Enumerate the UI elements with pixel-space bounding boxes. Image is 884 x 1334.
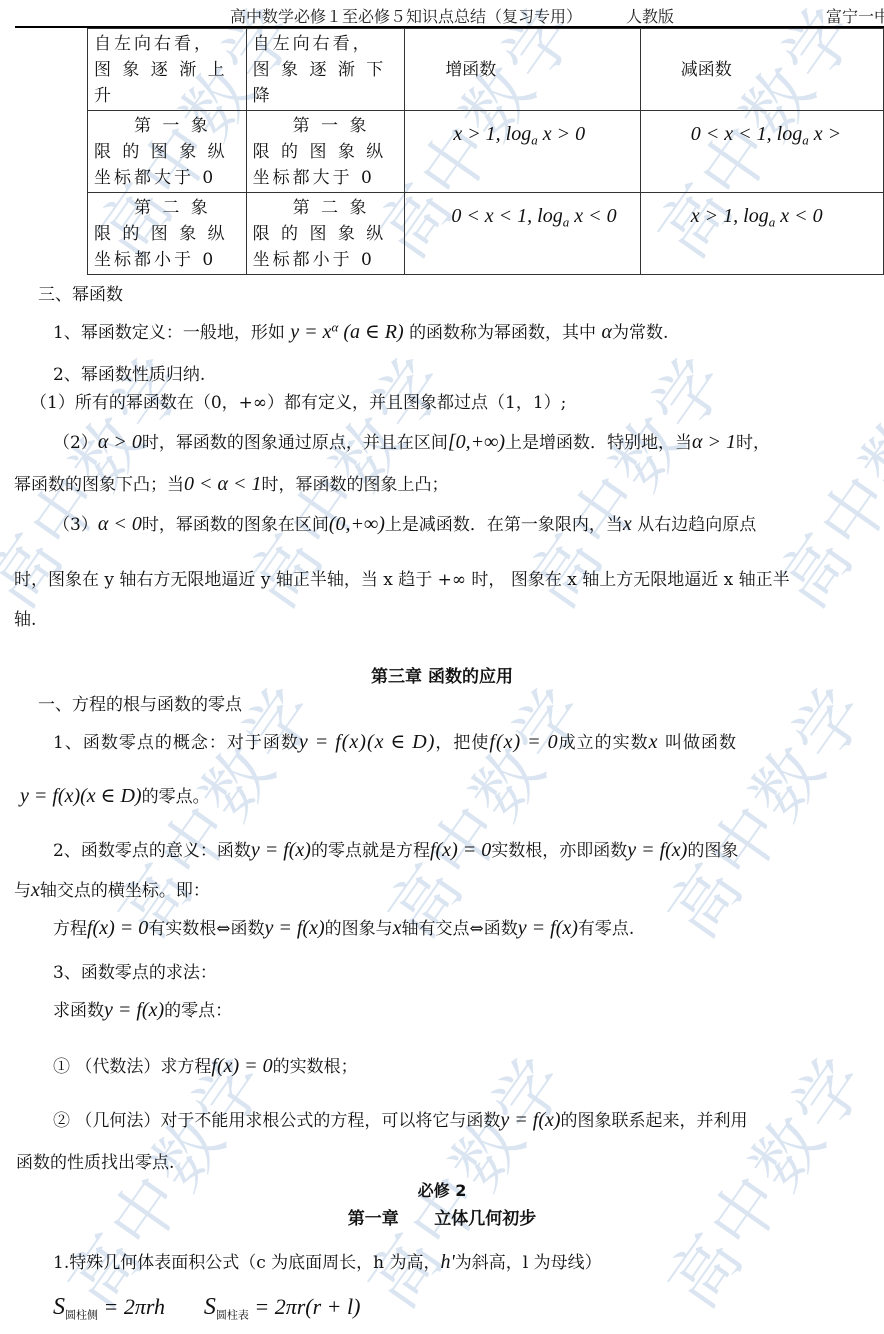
- method-algebraic: ① （代数法）求方程f(x) = 0的实数根；: [0, 1052, 884, 1078]
- zero-equivalence: 方程f(x) = 0有实数根⇔函数y = f(x)的图象与x轴有交点⇔函数y =…: [0, 914, 884, 940]
- zero-meaning-paragraph: 2、函数零点的意义：函数y = f(x)的零点就是方程f(x) = 0实数根，亦…: [0, 836, 884, 862]
- section-title-roots-zeros: 一、方程的根与函数的零点: [0, 690, 884, 715]
- header-title: 高中数学必修１至必修５知识点总结（复习专用）: [230, 4, 582, 27]
- table-row: 第 二 象 限 的 图 象 纵 坐标都小于 0 第 二 象 限 的 图 象 纵 …: [88, 193, 884, 275]
- table-cell: 自左向右看， 图 象 逐 渐 上 升: [88, 29, 247, 111]
- table-cell: 第 一 象 限 的 图 象 纵 坐标都大于 0: [88, 111, 247, 193]
- zero-concept-cont: y = f(x)(x ∈ D)的零点。: [0, 782, 884, 808]
- chapter-title-solid-geometry: 第一章 立体几何初步: [0, 1204, 884, 1229]
- header-school: 富宁一中: [826, 4, 884, 27]
- iff-icon: ⇔: [216, 919, 230, 939]
- power-prop-2-cont: 幂函数的图象下凸；当0 < α < 1时，幂函数的图象上凸；: [0, 470, 884, 496]
- table-cell: 减函数: [640, 29, 883, 111]
- table-cell: 增函数: [405, 29, 640, 111]
- table-cell: 0 < x < 1, loga x >: [640, 111, 883, 193]
- method-geometric: ② （几何法）对于不能用求根公式的方程，可以将它与函数y = f(x)的图象联系…: [0, 1106, 884, 1132]
- header-edition: 人教版: [626, 4, 674, 27]
- power-props-title: 2、幂函数性质归纳.: [0, 360, 884, 385]
- zero-concept-paragraph: 1、函数零点的概念：对于函数y = f(x)(x ∈ D)，把使f(x) = 0…: [0, 728, 884, 754]
- table-cell: 自左向右看， 图 象 逐 渐 下 降: [246, 29, 405, 111]
- log-properties-table: 自左向右看， 图 象 逐 渐 上 升 自左向右看， 图 象 逐 渐 下 降 增函…: [87, 28, 884, 275]
- table-cell: x > 1, loga x > 0: [405, 111, 640, 193]
- table-cell: 0 < x < 1, loga x < 0: [405, 193, 640, 275]
- table-row: 第 一 象 限 的 图 象 纵 坐标都大于 0 第 一 象 限 的 图 象 纵 …: [88, 111, 884, 193]
- power-prop-3: （3）α < 0时，幂函数的图象在区间(0,+∞)上是减函数．在第一象限内，当x…: [0, 510, 884, 536]
- power-def-paragraph: 1、幂函数定义：一般地，形如 y = xα (a ∈ R) 的函数称为幂函数，其…: [0, 318, 884, 344]
- power-prop-3-cont: 时，图象在 y 轴右方无限地逼近 y 轴正半轴，当 x 趋于 +∞ 时， 图象在…: [0, 565, 884, 590]
- table-cell: 第 一 象 限 的 图 象 纵 坐标都大于 0: [246, 111, 405, 193]
- chapter-title: 第三章 函数的应用: [0, 662, 884, 687]
- zero-meaning-cont: 与x轴交点的横坐标。即：: [0, 876, 884, 902]
- table-cell: 第 二 象 限 的 图 象 纵 坐标都小于 0: [246, 193, 405, 275]
- cylinder-formulas: S圆柱侧 = 2πrh S圆柱表 = 2πr(r + l): [0, 1294, 884, 1322]
- power-prop-3-end: 轴.: [0, 605, 884, 630]
- table-row: 自左向右看， 图 象 逐 渐 上 升 自左向右看， 图 象 逐 渐 下 降 增函…: [88, 29, 884, 111]
- iff-icon: ⇔: [470, 919, 484, 939]
- zero-methods-intro: 求函数y = f(x)的零点：: [0, 996, 884, 1022]
- table-cell: x > 1, loga x < 0: [640, 193, 883, 275]
- method-geometric-cont: 函数的性质找出零点.: [0, 1148, 884, 1173]
- power-prop-1: （1）所有的幂函数在（0，+∞）都有定义，并且图象都过点（1，1）;: [0, 388, 884, 413]
- zero-methods-title: 3、函数零点的求法：: [0, 958, 884, 983]
- section-title-power-function: 三、幂函数: [0, 280, 884, 305]
- book-title: 必修 2: [0, 1178, 884, 1201]
- formula-cylinder-total: S圆柱表 = 2πr(r + l): [204, 1299, 361, 1319]
- power-prop-2: （2）α > 0时，幂函数的图象通过原点，并且在区间[0,+∞)上是增函数．特别…: [0, 428, 884, 454]
- table-cell: 第 二 象 限 的 图 象 纵 坐标都小于 0: [88, 193, 247, 275]
- formula-cylinder-lateral: S圆柱侧 = 2πrh: [53, 1299, 170, 1319]
- surface-area-intro: 1.特殊几何体表面积公式（c 为底面周长，h 为高，h'为斜高，l 为母线）: [0, 1248, 884, 1274]
